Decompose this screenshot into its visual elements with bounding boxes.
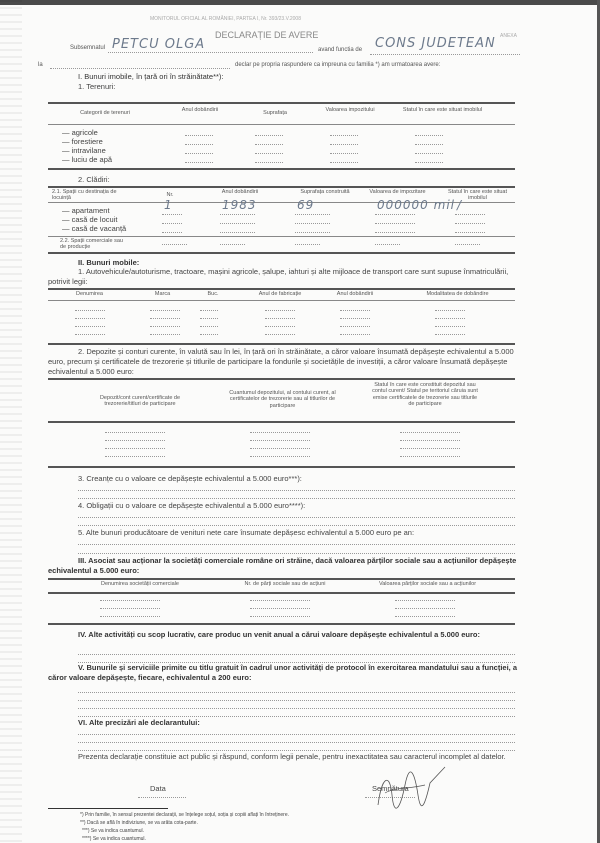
land-field[interactable] <box>255 162 283 163</box>
building-type-label: — apartament <box>62 206 110 215</box>
building-value-value[interactable]: 000000 mil <box>377 198 455 212</box>
vehicle-field[interactable] <box>340 326 370 327</box>
col-header: Denumirea societății comerciale <box>70 581 210 587</box>
land-field[interactable] <box>255 135 283 136</box>
land-field[interactable] <box>330 162 358 163</box>
building-field[interactable] <box>162 223 182 224</box>
col-header: Buc. <box>198 291 228 297</box>
commercial-spaces-label: 2.2. Spații comerciale sau de producție <box>60 238 130 251</box>
col-header: Valoarea de impozitare <box>365 189 430 195</box>
land-field[interactable] <box>415 153 443 154</box>
company-field[interactable] <box>100 608 160 609</box>
building-field[interactable] <box>220 223 255 224</box>
section-6-title: VI. Alte precizări ale declarantului: <box>78 718 200 727</box>
vehicle-field[interactable] <box>265 318 295 319</box>
vehicle-field[interactable] <box>150 318 180 319</box>
col-header: Suprafața construită <box>295 189 355 195</box>
vehicle-field[interactable] <box>435 326 465 327</box>
rule <box>48 252 515 254</box>
vehicle-field[interactable] <box>265 310 295 311</box>
col-header: Cuantumul depozitului, al contului curen… <box>225 390 340 409</box>
building-field[interactable] <box>295 232 330 233</box>
land-field[interactable] <box>255 144 283 145</box>
debts-line[interactable] <box>78 517 515 518</box>
company-field[interactable] <box>395 616 455 617</box>
date-field[interactable] <box>138 797 186 798</box>
commercial-field[interactable] <box>295 244 320 245</box>
claims-subtitle: 3. Creanțe cu o valoare ce depășește ech… <box>78 474 302 483</box>
company-field[interactable] <box>100 616 160 617</box>
land-field[interactable] <box>330 153 358 154</box>
section-3-title: III. Asociat sau acționar la societăți c… <box>48 556 518 576</box>
land-field[interactable] <box>255 153 283 154</box>
footnote: ****) Se va indica cuantumul. <box>82 836 146 842</box>
scan-top-border <box>0 0 600 5</box>
deposits-subtitle: 2. Depozite și conturi curente, în valut… <box>48 347 518 376</box>
vehicle-field[interactable] <box>200 318 218 319</box>
signature-scribble-icon <box>370 765 450 815</box>
gifts-line[interactable] <box>78 708 515 709</box>
vehicle-field[interactable] <box>435 318 465 319</box>
commercial-field[interactable] <box>220 244 245 245</box>
land-field[interactable] <box>415 144 443 145</box>
footnote: **) Dacă se află în indiviziune, se va a… <box>80 820 198 826</box>
rule <box>48 378 515 380</box>
col-header: Depozit/cont curent/certificate de trezo… <box>85 395 195 408</box>
vehicle-field[interactable] <box>75 326 105 327</box>
rule <box>48 102 515 104</box>
col-header: Denumirea <box>62 291 117 297</box>
rule <box>48 343 515 345</box>
land-category-label: — intravilane <box>62 146 106 155</box>
rule <box>48 623 515 625</box>
deposit-field[interactable] <box>250 432 310 433</box>
company-field[interactable] <box>250 616 310 617</box>
vehicles-subtitle: 1. Autovehicule/autoturisme, tractoare, … <box>48 267 518 287</box>
rule <box>48 592 515 594</box>
section-4-title: IV. Alte activități cu scop lucrativ, ca… <box>48 630 518 640</box>
building-state-value[interactable]: / <box>457 198 462 212</box>
land-field[interactable] <box>330 144 358 145</box>
building-field[interactable] <box>220 214 255 215</box>
function-line <box>370 54 520 55</box>
section-2-title: II. Bunuri mobile: <box>78 258 139 267</box>
land-category-label: — forestiere <box>62 137 103 146</box>
land-category-label: — luciu de apă <box>62 155 112 164</box>
col-header: Nr. de părți sociale sau de acțiuni <box>220 581 350 587</box>
document-title: DECLARAȚIE DE AVERE <box>215 30 318 40</box>
vehicle-field[interactable] <box>435 310 465 311</box>
declaration-statement: declar pe propria raspundere ca impreuna… <box>235 62 440 68</box>
deposit-field[interactable] <box>105 440 165 441</box>
building-area-value[interactable]: 69 <box>297 198 314 212</box>
other-assets-line[interactable] <box>78 544 515 545</box>
deposit-field[interactable] <box>105 432 165 433</box>
rule <box>48 578 515 580</box>
land-field[interactable] <box>185 144 213 145</box>
land-field[interactable] <box>185 162 213 163</box>
vehicle-field[interactable] <box>265 326 295 327</box>
subsemnatul-label: Subsemnatul <box>70 45 105 51</box>
land-field[interactable] <box>330 135 358 136</box>
remarks-line[interactable] <box>78 742 515 743</box>
building-field[interactable] <box>375 223 415 224</box>
scan-noise <box>0 0 22 843</box>
remarks-line[interactable] <box>78 750 515 751</box>
rule <box>48 186 515 188</box>
col-header: Statul în care este constituit depozitul… <box>370 382 480 407</box>
deposit-field[interactable] <box>400 456 460 457</box>
col-header: Categorii de terenuri <box>50 110 160 116</box>
building-field[interactable] <box>455 223 485 224</box>
land-field[interactable] <box>415 162 443 163</box>
col-header: Marca <box>140 291 185 297</box>
other-assets-line[interactable] <box>78 553 515 554</box>
rule <box>48 236 515 237</box>
building-field[interactable] <box>295 223 330 224</box>
building-field[interactable] <box>295 214 330 215</box>
col-header: Valoarea părților sociale sau a acțiunil… <box>355 581 500 587</box>
activities-line[interactable] <box>78 654 515 655</box>
gifts-line[interactable] <box>78 700 515 701</box>
building-nr-value[interactable]: 1 <box>164 198 173 212</box>
deposit-field[interactable] <box>400 448 460 449</box>
col-header: Statul în care este situat imobilul <box>395 107 490 113</box>
col-header: Anul dobândirii <box>210 189 270 195</box>
deposit-field[interactable] <box>400 440 460 441</box>
vehicle-field[interactable] <box>435 334 465 335</box>
company-field[interactable] <box>100 600 160 601</box>
vehicle-field[interactable] <box>150 326 180 327</box>
deposit-field[interactable] <box>250 456 310 457</box>
company-field[interactable] <box>250 608 310 609</box>
company-field[interactable] <box>395 600 455 601</box>
building-type-label: — casă de locuit <box>62 215 117 224</box>
deposit-field[interactable] <box>250 440 310 441</box>
deposit-field[interactable] <box>400 432 460 433</box>
other-assets-subtitle: 5. Alte bunuri producătoare de venituri … <box>78 528 414 537</box>
at-label: la <box>38 62 43 68</box>
footnote: *) Prin familie, în sensul prezentei dec… <box>80 812 289 818</box>
buildings-subtitle: 2. Clădiri: <box>78 175 110 184</box>
building-field[interactable] <box>162 232 182 233</box>
vehicle-field[interactable] <box>265 334 295 335</box>
commercial-field[interactable] <box>162 244 187 245</box>
land-field[interactable] <box>185 135 213 136</box>
building-year-value[interactable]: 1983 <box>222 198 257 212</box>
vehicle-field[interactable] <box>200 310 218 311</box>
vehicle-field[interactable] <box>75 310 105 311</box>
function-label: avand functia de <box>318 47 362 53</box>
vehicle-field[interactable] <box>200 326 218 327</box>
gifts-line[interactable] <box>78 716 515 717</box>
col-header: Anul dobândirii <box>325 291 385 297</box>
col-header: Modalitatea de dobândire <box>410 291 505 297</box>
gifts-line[interactable] <box>78 692 515 693</box>
rule <box>48 168 515 170</box>
land-field[interactable] <box>185 153 213 154</box>
building-field[interactable] <box>455 232 485 233</box>
building-field[interactable] <box>455 214 485 215</box>
gazette-header: MONITORUL OFICIAL AL ROMÂNIEI, PARTEA I,… <box>150 16 301 22</box>
deposit-field[interactable] <box>105 448 165 449</box>
rule <box>48 124 515 125</box>
deposit-field[interactable] <box>105 456 165 457</box>
rule <box>48 421 515 423</box>
section-1-title: I. Bunuri imobile, în țară ori în străin… <box>78 72 224 81</box>
building-field[interactable] <box>375 214 415 215</box>
col-header: Suprafața <box>245 110 305 116</box>
building-field[interactable] <box>220 232 255 233</box>
vehicle-field[interactable] <box>150 334 180 335</box>
col-header: Anul dobândirii <box>170 107 230 113</box>
rule <box>48 466 515 468</box>
vehicle-field[interactable] <box>340 334 370 335</box>
vehicle-field[interactable] <box>340 318 370 319</box>
declarant-function[interactable]: CONS JUDETEAN <box>375 36 496 51</box>
institution-line <box>50 68 230 69</box>
remarks-line[interactable] <box>78 734 515 735</box>
company-field[interactable] <box>395 608 455 609</box>
building-field[interactable] <box>375 232 415 233</box>
col-header: Valoarea impozitului <box>320 107 380 113</box>
debts-subtitle: 4. Obligații cu o valoare ce depășește e… <box>78 501 305 510</box>
footnote-rule <box>48 808 168 809</box>
land-subtitle: 1. Terenuri: <box>78 82 115 91</box>
footnote: ***) Se va indica cuantumul. <box>82 828 144 834</box>
col-header: Anul de fabricație <box>245 291 315 297</box>
col-header: 2.1. Spații cu destinația de locuință <box>52 189 122 202</box>
declarant-name[interactable]: PETCU OLGA <box>112 37 205 52</box>
vehicle-field[interactable] <box>150 310 180 311</box>
annex-label: ANEXA <box>500 33 517 39</box>
commercial-field[interactable] <box>375 244 400 245</box>
building-type-label: — casă de vacanță <box>62 224 126 233</box>
vehicle-field[interactable] <box>200 334 218 335</box>
building-field[interactable] <box>162 214 182 215</box>
closing-statement: Prezenta declarație constituie act publi… <box>45 752 517 762</box>
claims-line[interactable] <box>78 498 515 499</box>
commercial-field[interactable] <box>455 244 480 245</box>
name-line <box>108 52 313 53</box>
land-category-label: — agricole <box>62 128 98 137</box>
vehicle-field[interactable] <box>75 318 105 319</box>
section-5-title: V. Bunurile și serviciile primite cu tit… <box>48 663 518 683</box>
vehicle-field[interactable] <box>340 310 370 311</box>
vehicle-field[interactable] <box>75 334 105 335</box>
claims-line[interactable] <box>78 490 515 491</box>
rule <box>48 300 515 301</box>
debts-line[interactable] <box>78 525 515 526</box>
company-field[interactable] <box>250 600 310 601</box>
date-label: Data <box>150 784 166 793</box>
land-field[interactable] <box>415 135 443 136</box>
deposit-field[interactable] <box>250 448 310 449</box>
rule <box>48 288 515 290</box>
